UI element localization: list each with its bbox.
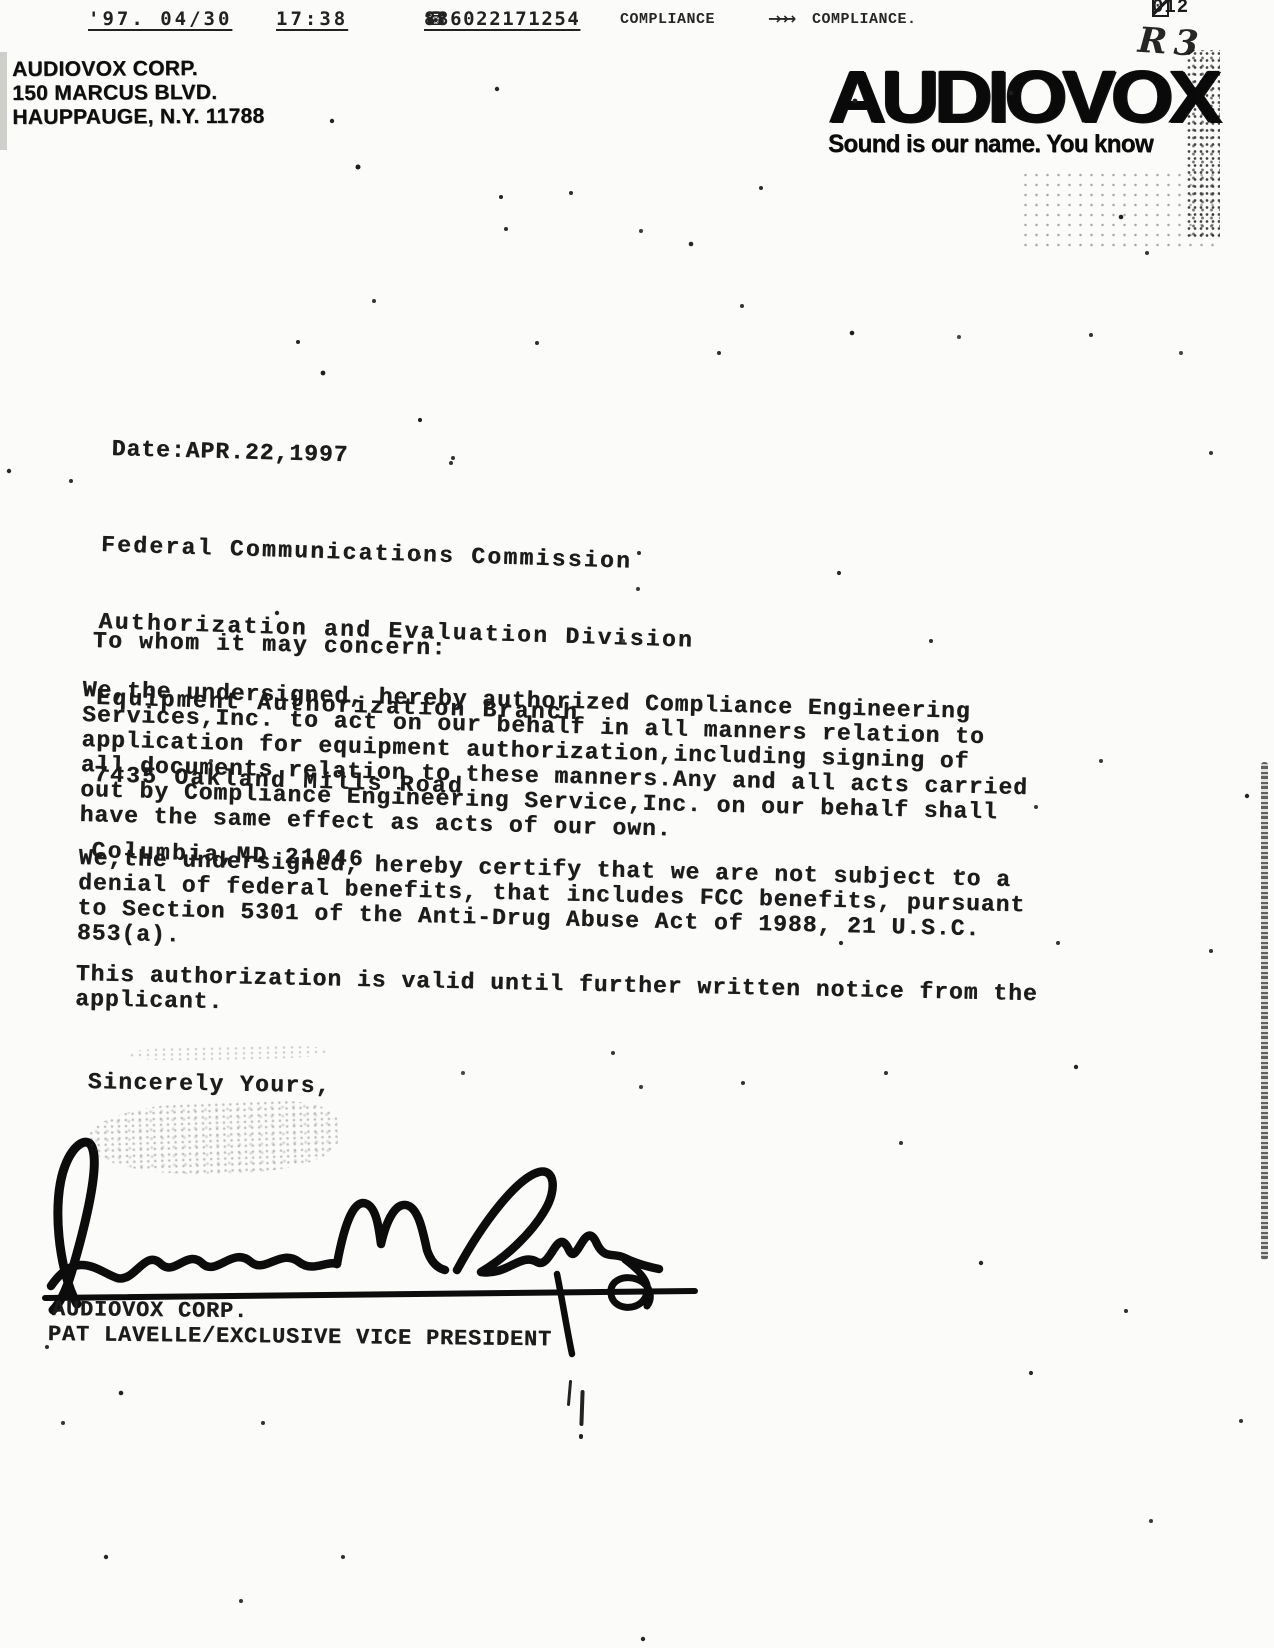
recipient-line: Federal Communications Commission — [101, 533, 697, 577]
signature-name-text: Patrick M Lavelle — [35, 1122, 36, 1123]
scan-edge-artifact-left — [0, 52, 7, 150]
body-paragraph-1: We,the undersigned, hereby authorized Co… — [79, 678, 1030, 851]
pen-stroke — [579, 1390, 584, 1426]
scan-smudge — [128, 1044, 328, 1061]
sender-city: HAUPPAUGE, N.Y. 11788 — [12, 105, 264, 130]
sender-company: AUDIOVOX CORP. — [12, 57, 264, 82]
sender-street: 150 MARCUS BLVD. — [12, 81, 264, 106]
fax-timestamp-date: '97. 04/30 — [88, 8, 232, 30]
closing-line: Sincerely Yours, — [88, 1070, 332, 1099]
logo-tagline: Sound is our name. You know — [828, 130, 1212, 159]
page-counter-value: 012 — [1152, 0, 1189, 18]
fax-timestamp-time: 17:38 — [276, 8, 348, 30]
signer-title-line: PAT LAVELLE/EXCLUSIVE VICE PRESIDENT — [48, 1322, 552, 1352]
scan-edge-artifact-right — [1261, 762, 1268, 1260]
letter-date: Date:APR.22,1997 — [111, 437, 348, 468]
signer-company-line: AUDIOVOX CORP. — [52, 1297, 248, 1324]
fax-station-right: COMPLIANCE. — [812, 11, 917, 28]
fax-document-page: '97. 04/30 17:38 ☎886022171254 COMPLIANC… — [0, 0, 1274, 1648]
body-paragraph-2: We,the undersigned, hereby certify that … — [77, 846, 1026, 968]
pen-stroke — [567, 1380, 572, 1406]
body-paragraph-3: This authorization is valid until furthe… — [75, 962, 1038, 1032]
transmission-arrows-icon: →→→ — [768, 9, 798, 28]
fax-station-left: COMPLIANCE — [620, 11, 715, 28]
pen-dot — [579, 1434, 583, 1439]
logo-wordmark: AUDIOVOX — [828, 62, 1236, 132]
scan-noise-specks — [0, 0, 2, 2]
scan-noise-under-logo — [1020, 170, 1215, 250]
sender-address-block: AUDIOVOX CORP. 150 MARCUS BLVD. HAUPPAUG… — [12, 57, 265, 130]
fax-number: 886022171254 — [424, 8, 580, 30]
scan-smudge — [87, 1098, 339, 1179]
audiovox-logo: AUDIOVOX Sound is our name. You know — [828, 62, 1228, 159]
